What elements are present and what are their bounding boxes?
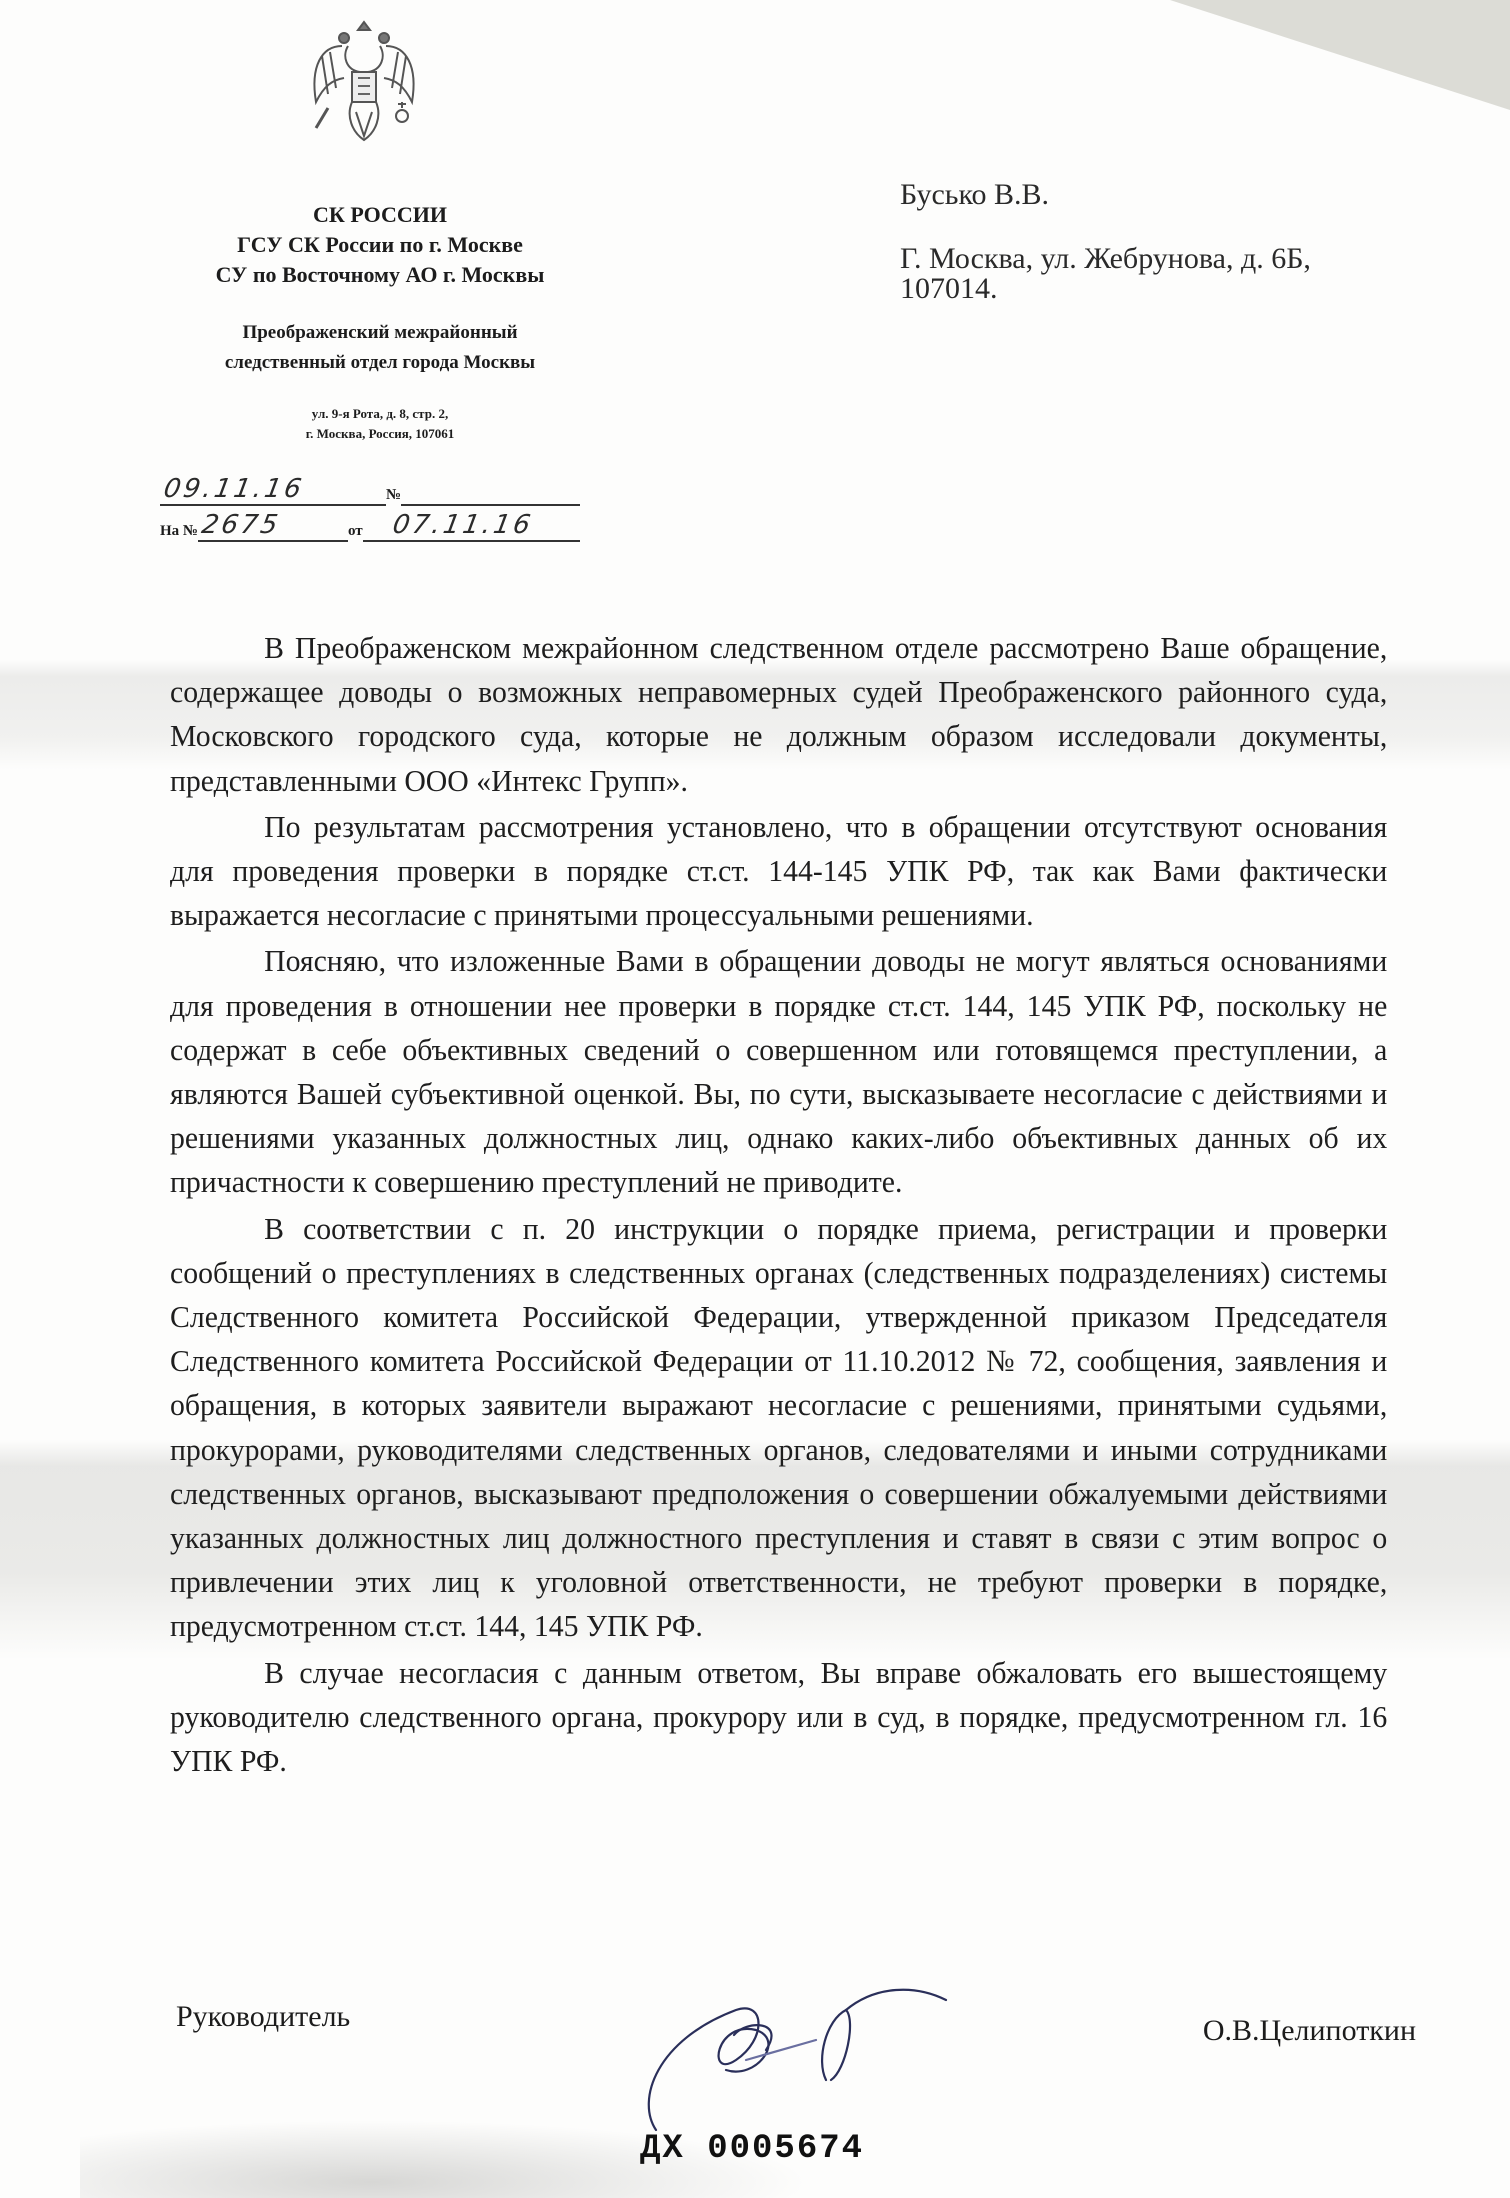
registration-block: 09.11.16 № На № 2675 от 07.11.16 <box>160 470 580 542</box>
outgoing-date-row: 09.11.16 № <box>160 470 580 506</box>
reply-to-number: 2675 <box>199 510 282 540</box>
letter-body: В Преображенском межрайонном следственно… <box>170 626 1387 1783</box>
number-label: № <box>386 487 401 504</box>
scan-corner-shadow <box>1170 0 1510 110</box>
unit-line: следственный отдел города Москвы <box>160 348 600 378</box>
outgoing-date: 09.11.16 <box>161 474 306 504</box>
reply-to-label: На № <box>160 523 198 540</box>
org-line: СУ по Восточному АО г. Москвы <box>160 260 600 290</box>
address-line: г. Москва, Россия, 107061 <box>160 424 600 444</box>
recipient-block: Бусько В.В. Г. Москва, ул. Жебрунова, д.… <box>900 180 1440 304</box>
signature-block: Руководитель О.В.Целипоткин <box>176 2000 1416 2140</box>
handwritten-signature-icon <box>616 1980 1016 2150</box>
recipient-address-line: Г. Москва, ул. Жебрунова, д. 6Б, <box>900 244 1440 274</box>
from-label: от <box>348 523 363 540</box>
body-paragraph: По результатам рассмотрения установлено,… <box>170 805 1387 938</box>
body-paragraph: В случае несогласия с данным ответом, Вы… <box>170 1651 1387 1784</box>
body-paragraph: В соответствии с п. 20 инструкции о поря… <box>170 1207 1387 1649</box>
issuing-address: ул. 9-я Рота, д. 8, стр. 2, г. Москва, Р… <box>160 404 600 444</box>
signatory-title: Руководитель <box>176 2000 350 2034</box>
address-line: ул. 9-я Рота, д. 8, стр. 2, <box>160 404 600 424</box>
org-line: ГСУ СК России по г. Москве <box>160 230 600 260</box>
unit-line: Преображенский межрайонный <box>160 318 600 348</box>
recipient-address-line: 107014. <box>900 274 1440 304</box>
reply-to-date: 07.11.16 <box>390 510 535 540</box>
body-paragraph: Поясняю, что изложенные Вами в обращении… <box>170 939 1387 1204</box>
issuing-organization: СК РОССИИ ГСУ СК России по г. Москве СУ … <box>160 200 600 290</box>
issuing-unit: Преображенский межрайонный следственный … <box>160 318 600 378</box>
reply-to-row: На № 2675 от 07.11.16 <box>160 506 580 542</box>
form-serial-number: ДХ 0005674 <box>640 2130 864 2168</box>
org-line: СК РОССИИ <box>160 200 600 230</box>
recipient-name: Бусько В.В. <box>900 180 1440 210</box>
body-paragraph: В Преображенском межрайонном следственно… <box>170 626 1387 803</box>
signatory-name: О.В.Целипоткин <box>1203 2014 1416 2048</box>
coat-of-arms-icon <box>302 16 426 146</box>
